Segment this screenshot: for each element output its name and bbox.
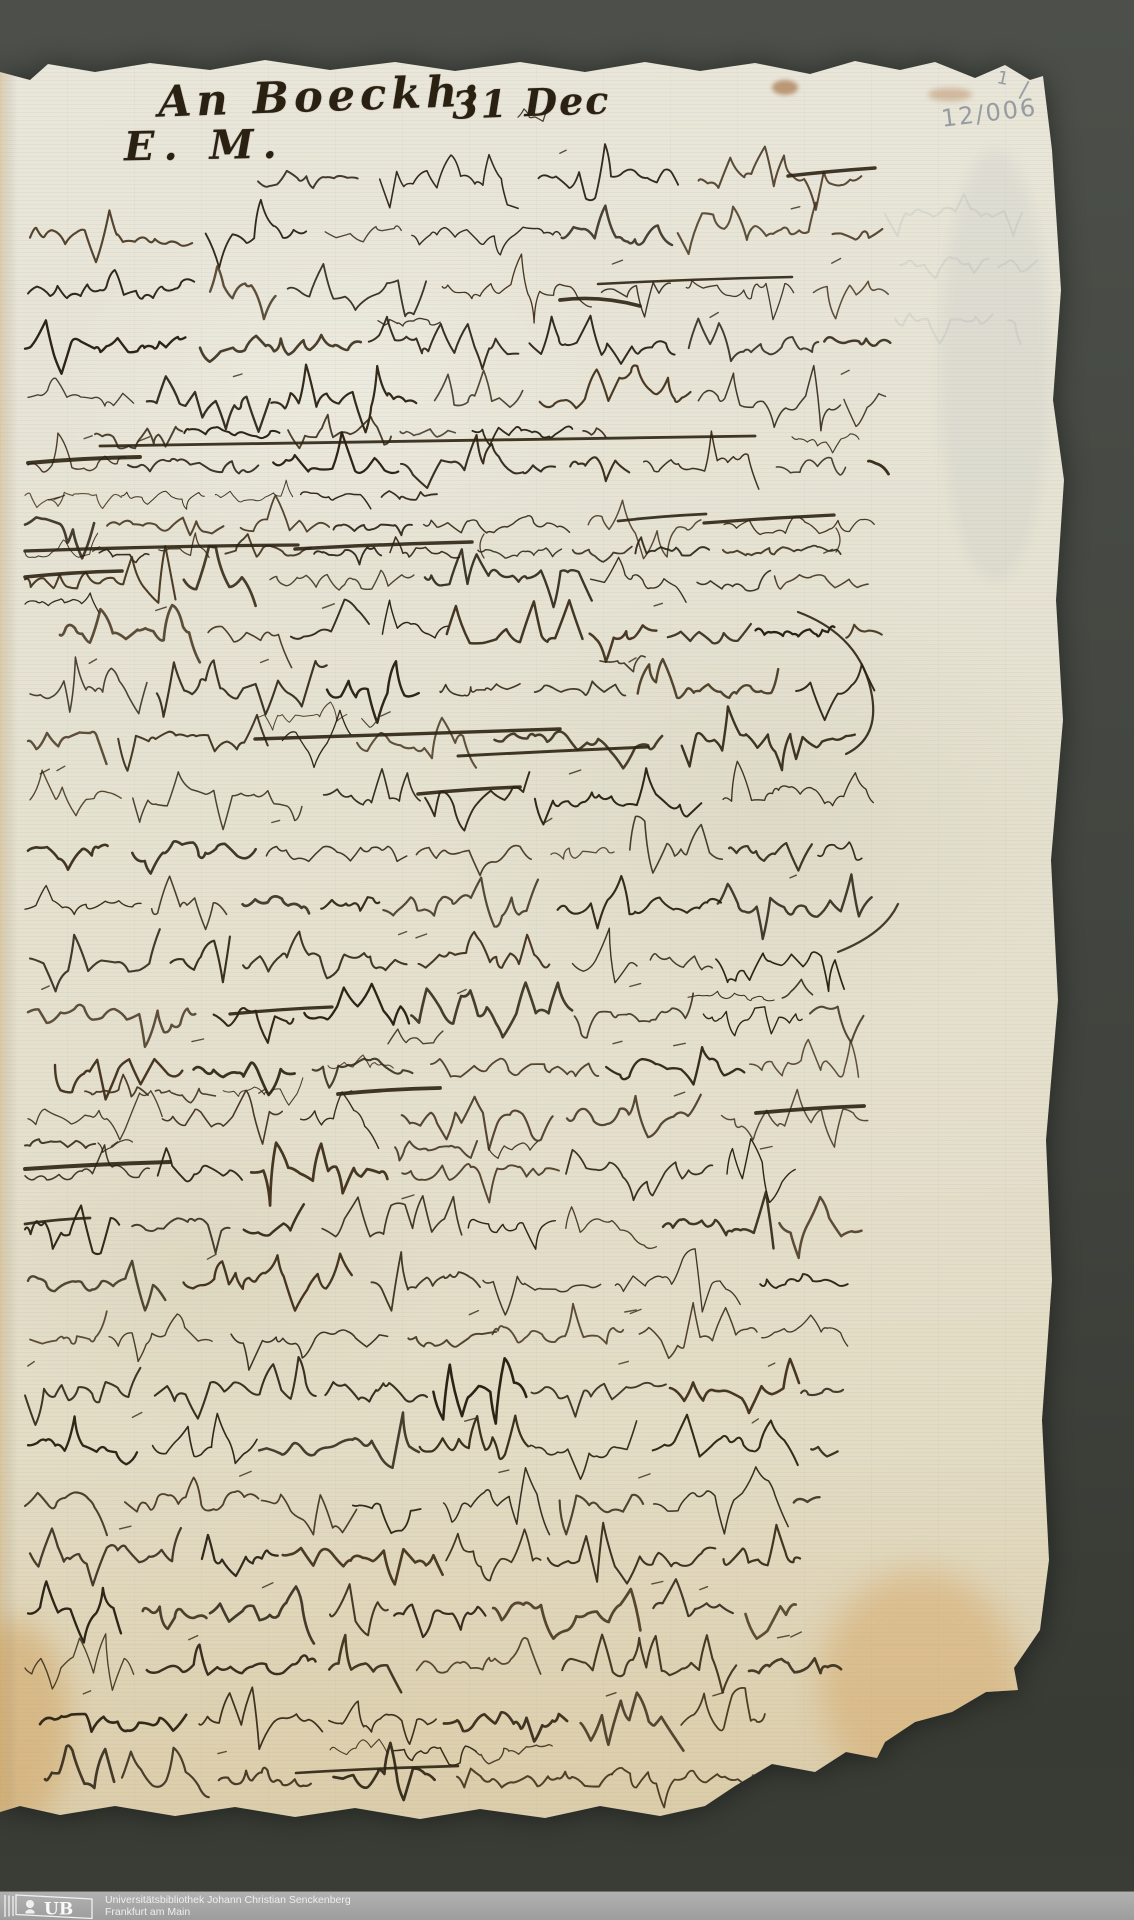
footer-text-block: Universitätsbibliothek Johann Christian …	[105, 1894, 351, 1919]
library-footer-bar: UB Universitätsbibliothek Johann Christi…	[0, 1891, 1134, 1920]
footer-location: Frankfurt am Main	[105, 1906, 351, 1919]
handwriting-body	[0, 0, 1134, 1920]
footer-institution: Universitätsbibliothek Johann Christian …	[105, 1894, 351, 1907]
ub-library-logo-icon: UB	[3, 1892, 95, 1920]
manuscript-paper: An Boeckh: 31 Dec E. M. 1 12/006	[0, 0, 1134, 1920]
scan-background: An Boeckh: 31 Dec E. M. 1 12/006 UB Univ…	[0, 0, 1134, 1920]
paper-sheet: An Boeckh: 31 Dec E. M. 1 12/006	[0, 0, 1134, 1920]
ub-logo-text: UB	[44, 1900, 73, 1920]
